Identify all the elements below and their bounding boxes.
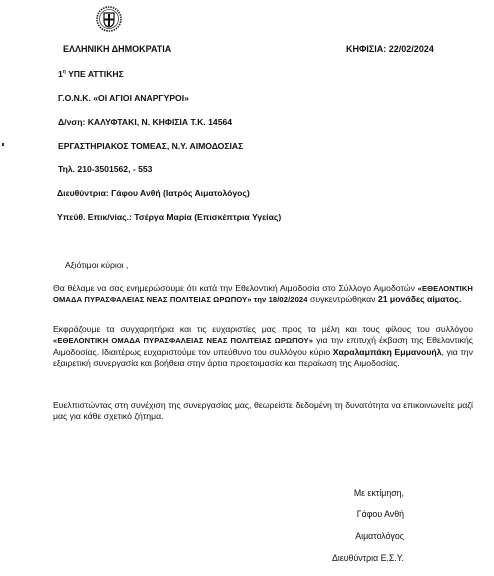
signer-role: Διευθύντρια Ε.Σ.Υ.	[332, 553, 404, 563]
signer-title: Αιματολόγος	[355, 531, 404, 541]
authority-name: ΥΠΕ ΑΤΤΙΚΗΣ	[66, 69, 124, 79]
paragraph-2: Εκφράζουμε τα συγχαρητήρια και τις ευχαρ…	[53, 324, 473, 369]
contact-person: Υπεύθ. Επικ/νίας.: Τσέργα Μαρία (Επισκέπ…	[57, 212, 281, 222]
scan-speck	[2, 143, 4, 146]
health-authority: 1η ΥΠΕ ΑΤΤΙΚΗΣ	[58, 69, 124, 79]
signer-name: Γάφου Ανθή	[357, 509, 404, 519]
p2-person-name: Χαραλαμπάκη Εμμανουήλ	[333, 347, 442, 357]
p2-group-name: «ΕΘΕΛΟΝΤΙΚΗ ΟΜΑΔΑ ΠΥΡΑΣΦΑΛΕΙΑΣ ΝΕΑΣ ΠΟΛΙ…	[53, 336, 313, 345]
p1-text-1: Θα θέλαμε να σας ενημερώσουμε ότι κατά τ…	[53, 283, 418, 293]
paragraph-1: Θα θέλαμε να σας ενημερώσουμε ότι κατά τ…	[53, 283, 473, 306]
closing: Με εκτίμηση,	[354, 488, 404, 498]
greek-coat-of-arms-icon	[96, 6, 122, 32]
p1-blood-units: 21 μονάδες αίματος.	[378, 294, 461, 304]
p2-text-1: Εκφράζουμε τα συγχαρητήρια και τις ευχαρ…	[53, 324, 473, 334]
salutation: Αξιότιμοι κύριοι ,	[65, 260, 128, 271]
place-date: ΚΗΦΙΣΙΑ: 22/02/2024	[346, 44, 434, 54]
director-line: Διευθύντρια: Γάφου Ανθή (Ιατρός Αιματολό…	[57, 188, 250, 198]
p1-text-2: συγκεντρώθηκαν	[308, 294, 378, 304]
hospital-address: Δ/νση: ΚΑΛΥΦΤΑΚΙ, Ν. ΚΗΦΙΣΙΑ Τ.Κ. 14564	[58, 117, 232, 127]
hospital-name: Γ.Ο.Ν.Κ. «ΟΙ ΑΓΙΟΙ ΑΝΑΡΓΥΡΟΙ»	[58, 93, 189, 103]
paragraph-3: Ευελπιστώντας στη συνέχιση της συνεργασί…	[53, 400, 473, 423]
department-name: ΕΡΓΑΣΤΗΡΙΑΚΟΣ ΤΟΜΕΑΣ, Ν.Υ. ΑΙΜΟΔΟΣΙΑΣ	[58, 141, 243, 151]
republic-heading: ΕΛΛΗΝΙΚΗ ΔΗΜΟΚΡΑΤΙΑ	[63, 44, 171, 54]
phone-number: Τηλ. 210-3501562, - 553	[58, 164, 152, 174]
